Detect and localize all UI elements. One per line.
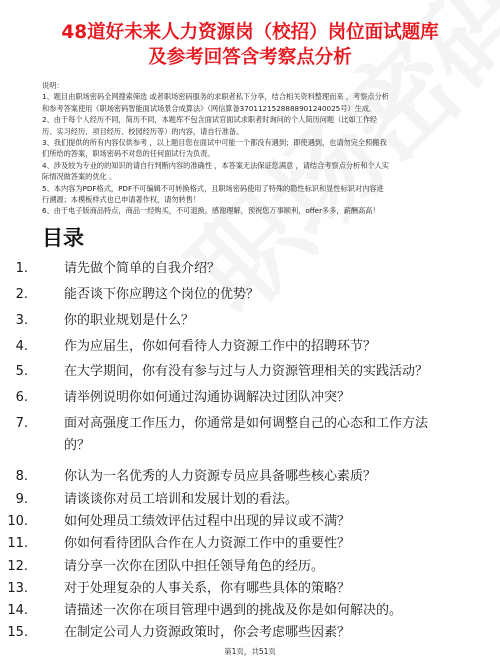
toc-item-number: 6. xyxy=(16,387,28,409)
toc-item-number: 11. xyxy=(7,533,28,555)
toc-item-text: 请描述一次你在项目管理中遇到的挑战及你是如何解决的。 xyxy=(64,600,434,622)
notes-line: 6、由于电子版商品特点，商品一经购买，不可退换，感谢理解，预祝您万事顺利，off… xyxy=(42,205,482,216)
notes-line: 4、涉及较为专业的的知识的请自行判断内容的准确性 ，本答案无法保证您满意 ，请结… xyxy=(42,160,482,171)
notes-line: 5、本内容为PDF格式，PDF不可编辑不可转换格式，且职场密码使用了特殊的隐性标… xyxy=(42,183,482,194)
document-title: 48道好未来人力资源岗（校招）岗位面试题库 及参考回答含考察点分析 xyxy=(0,20,500,70)
toc-item-number: 15. xyxy=(7,622,28,644)
notes-line: 历、实习经历、项目经历、校园经历等）的内容，请自行准备。 xyxy=(42,126,482,137)
toc-item-text: 请谈谈你对员工培训和发展计划的看法。 xyxy=(64,489,434,511)
toc-item-number: 14. xyxy=(7,600,28,622)
toc-item-text: 面对高强度工作压力，你通常是如何调整自己的心态和工作方法的？ xyxy=(64,413,434,457)
toc-item-text: 在制定公司人力资源政策时，你会考虑哪些因素？ xyxy=(64,622,434,644)
notes-heading: 说明： xyxy=(42,80,482,91)
toc-item-number: 5. xyxy=(16,361,28,383)
toc-item-text: 对于处理复杂的人事关系，你有哪些具体的策略？ xyxy=(64,578,434,600)
notes-line: 和参考答案使用《职场密码智能面试场景合成算法》（网信算备370112152888… xyxy=(42,103,482,114)
notes-line: 1、题目由职场密码全网搜索筛选 或者职场密码服务的求职者私下分享，结合相关资料整… xyxy=(42,91,482,102)
notes-line: 行溯源；本模板样式也已申请著作权，请勿转售！ xyxy=(42,194,482,205)
toc-item-text: 请先做个简单的自我介绍？ xyxy=(64,258,434,280)
notes-line: 2、由于每个人经历不同，简历不同，本题库不包含面试官面试求职者时询问的个人简历问… xyxy=(42,114,482,125)
toc-item-text: 你的职业规划是什么？ xyxy=(64,310,434,332)
notes-line: 3、我们提供的所有内容仅供参考 ，以上题目您在面试中可能一个都没有遇到；即使遇到… xyxy=(42,137,482,148)
toc-item-number: 13. xyxy=(7,578,28,600)
notes-line: 们所给的答案，职场密码不对您的任何面试行为负责。 xyxy=(42,148,482,159)
toc-item-number: 9. xyxy=(16,489,28,511)
title-line-2: 及参考回答含考察点分析 xyxy=(0,45,500,70)
toc-item-number: 1. xyxy=(16,258,28,280)
toc-item-text: 你如何看待团队合作在人力资源工作中的重要性？ xyxy=(64,533,434,555)
toc-item-text: 如何处理员工绩效评估过程中出现的异议或不满？ xyxy=(64,511,434,533)
toc-item-number: 3. xyxy=(16,310,28,332)
notes-section: 说明： 1、题目由职场密码全网搜索筛选 或者职场密码服务的求职者私下分享，结合相… xyxy=(42,80,482,217)
toc-item-text: 在大学期间，你有没有参与过与人力资源管理相关的实践活动？ xyxy=(64,361,434,383)
toc-item-text: 请分享一次你在团队中担任领导角色的经历。 xyxy=(64,556,434,578)
toc-item-text: 作为应届生，你如何看待人力资源工作中的招聘环节？ xyxy=(64,336,434,358)
title-line-1: 48道好未来人力资源岗（校招）岗位面试题库 xyxy=(0,20,500,45)
notes-line: 际情况做答案的优化 。 xyxy=(42,171,482,182)
toc-item-number: 12. xyxy=(7,556,28,578)
toc-item-text: 请举例说明你如何通过沟通协调解决过团队冲突？ xyxy=(64,387,434,409)
toc-item-text: 你认为一名优秀的人力资源专员应具备哪些核心素质？ xyxy=(64,466,434,488)
toc-item-number: 7. xyxy=(16,413,28,435)
toc-item-number: 2. xyxy=(16,284,28,306)
toc-item-text: 能否谈下你应聘这个岗位的优势？ xyxy=(64,284,434,306)
toc-item-number: 8. xyxy=(16,466,28,488)
page-indicator: 第1页，共51页 xyxy=(0,646,500,657)
toc-item-number: 4. xyxy=(16,336,28,358)
toc-heading: 目录 xyxy=(42,222,84,252)
toc-item-number: 10. xyxy=(7,511,28,533)
